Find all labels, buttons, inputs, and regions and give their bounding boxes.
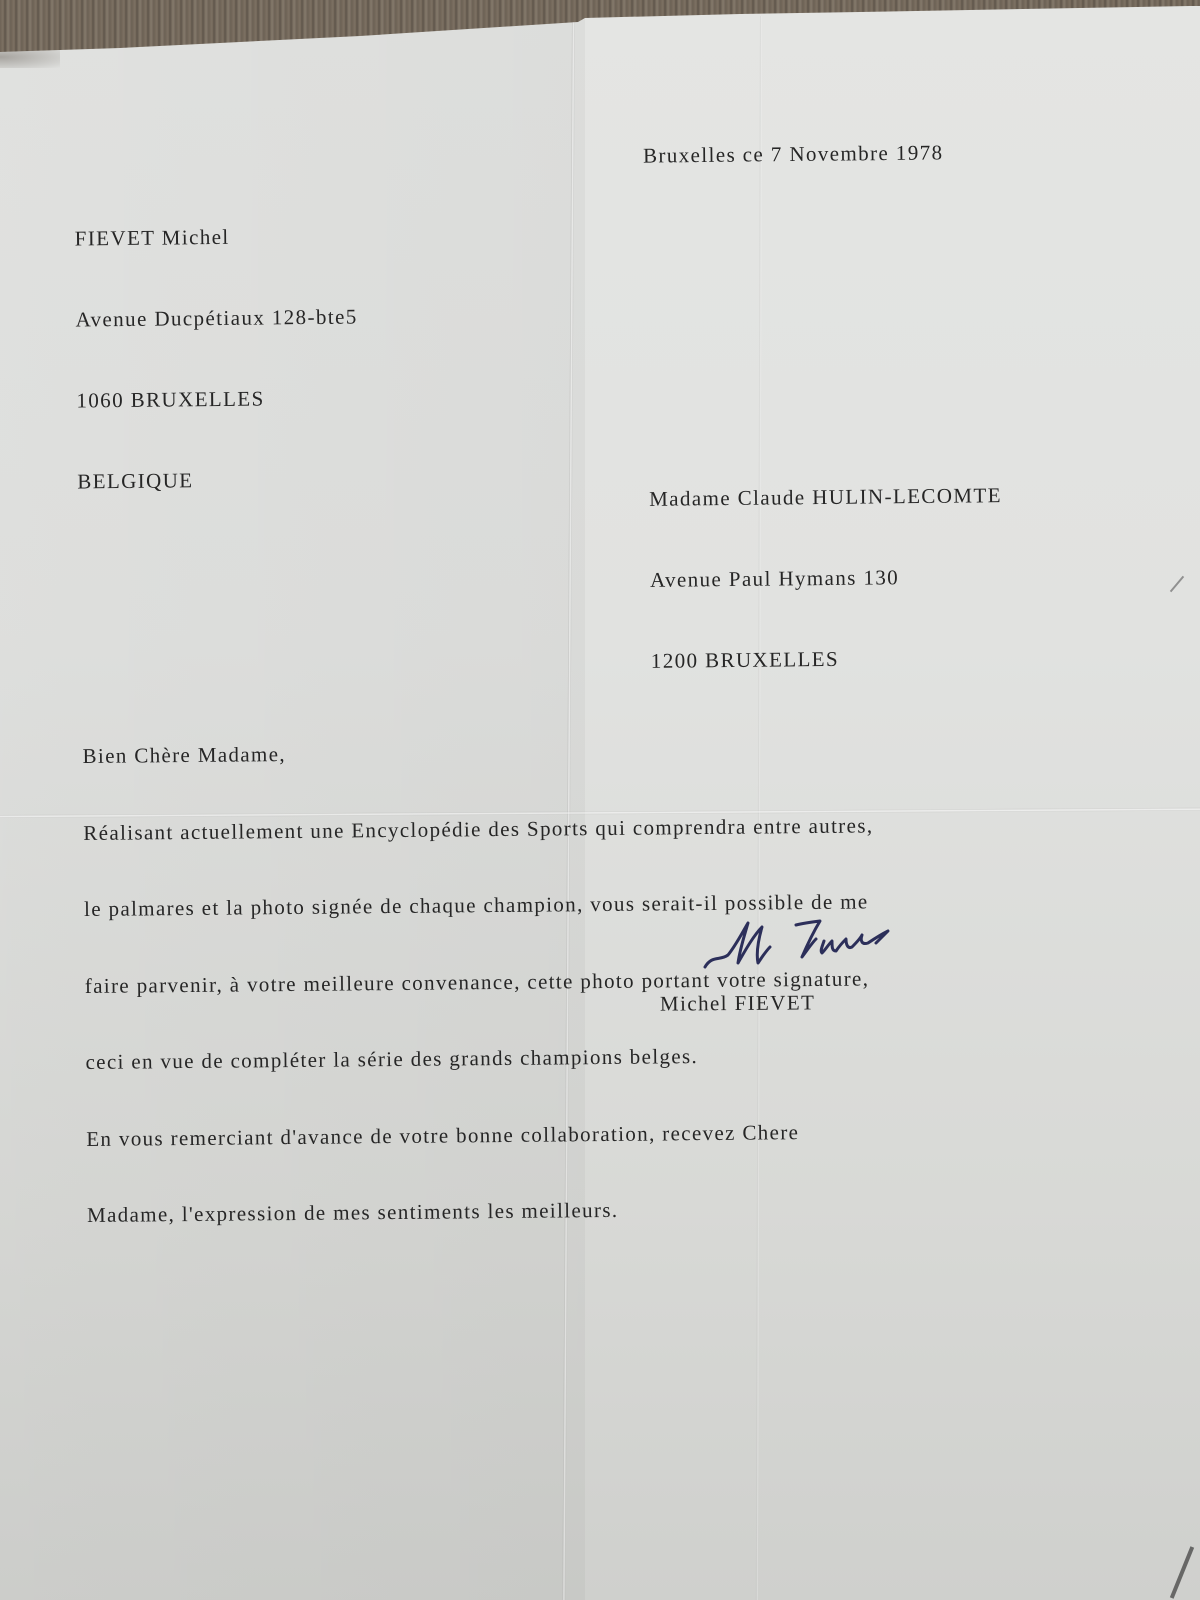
pen-scratch — [1170, 576, 1184, 593]
sender-address: FIEVET Michel Avenue Ducpétiaux 128-bte5… — [74, 169, 360, 550]
handwritten-signature — [700, 905, 920, 985]
recipient-name: Madame Claude HULIN-LECOMTE — [649, 482, 1002, 513]
recipient-city: 1200 BRUXELLES — [651, 644, 1004, 675]
body-line: Réalisant actuellement une Encyclopédie … — [83, 813, 873, 846]
sender-street: Avenue Ducpétiaux 128-bte5 — [75, 304, 357, 334]
letter-paper: FIEVET Michel Avenue Ducpétiaux 128-bte5… — [0, 0, 1200, 1600]
recipient-address: Madame Claude HULIN-LECOMTE Avenue Paul … — [648, 428, 1004, 729]
date-line: Bruxelles ce 7 Novembre 1978 — [643, 139, 944, 169]
recipient-street: Avenue Paul Hymans 130 — [650, 563, 1003, 594]
salutation: Bien Chère Madame, — [82, 736, 872, 769]
body-line: En vous remerciant d'avance de votre bon… — [86, 1119, 876, 1152]
sender-name: FIEVET Michel — [75, 223, 357, 253]
pen-mark — [1170, 1546, 1194, 1598]
signatory-name: Michel FIEVET — [660, 989, 815, 1017]
sender-country: BELGIQUE — [77, 466, 359, 496]
paper-stain — [0, 46, 60, 68]
sender-city: 1060 BRUXELLES — [76, 385, 358, 415]
body-line: Madame, l'expression de mes sentiments l… — [87, 1195, 877, 1228]
body-line: ceci en vue de compléter la série des gr… — [85, 1042, 875, 1075]
